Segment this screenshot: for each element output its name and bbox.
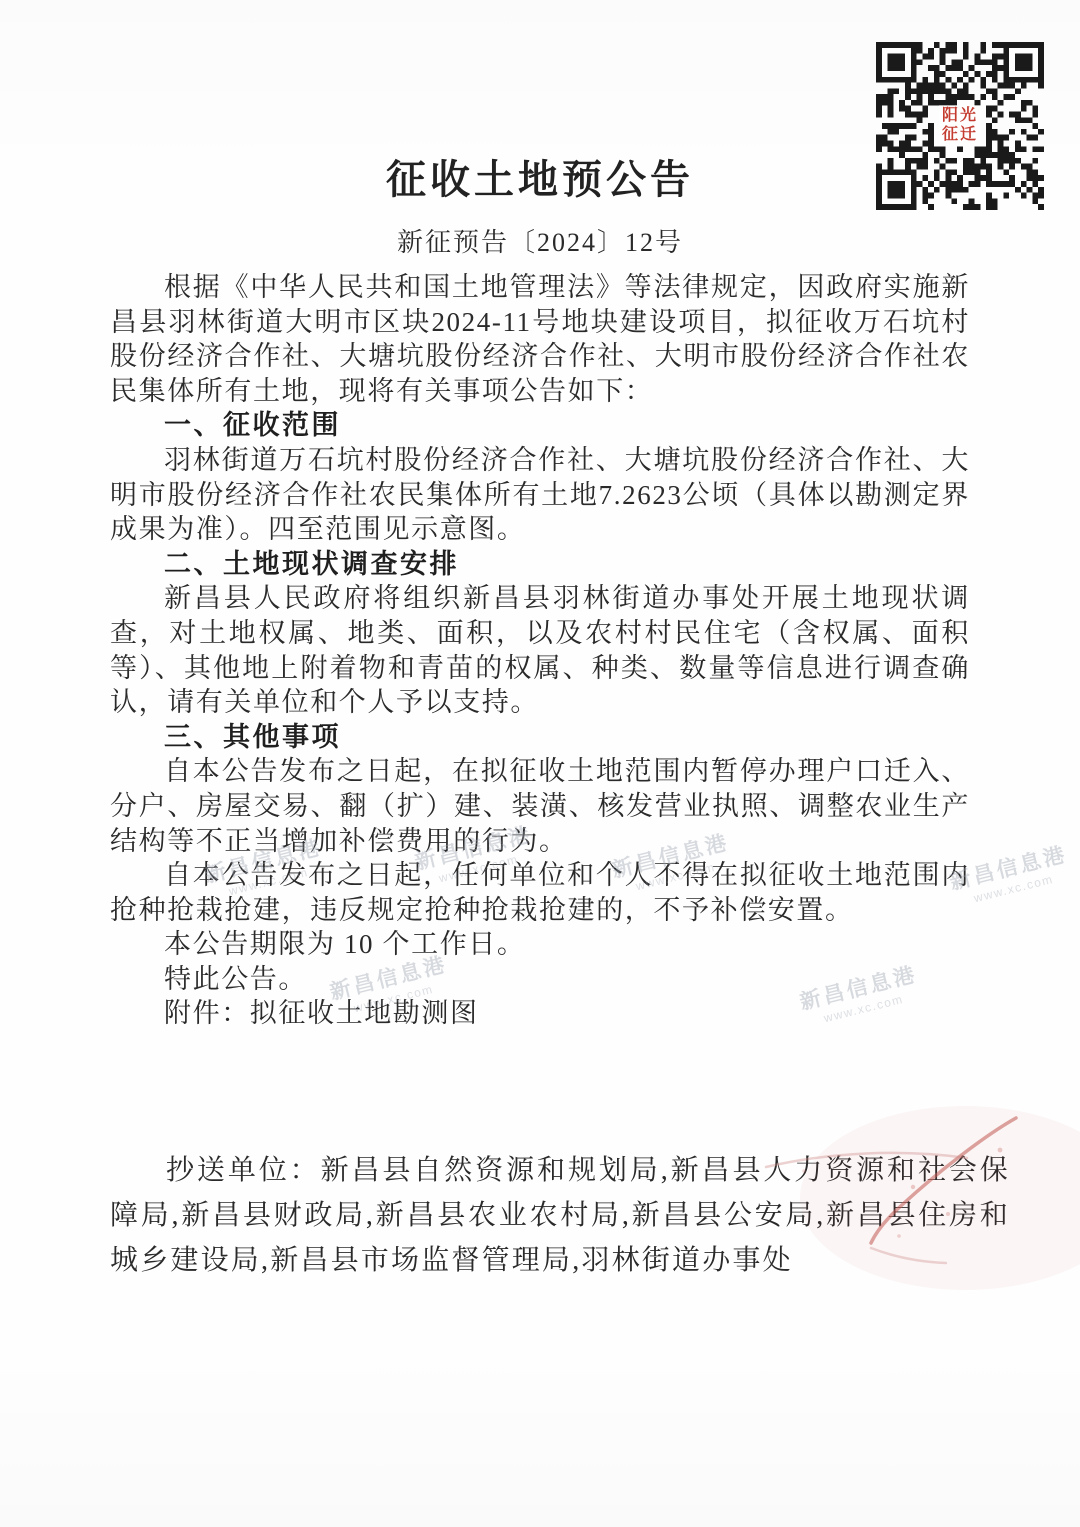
document-number: 新征预告〔2024〕12号 [0, 222, 1080, 259]
body-paragraph: 自本公告发布之日起，在拟征收土地范围内暂停办理户口迁入、分户、房屋交易、翻（扩）… [110, 754, 970, 858]
qr-center-label: 阳光 征迁 [939, 105, 981, 145]
watermark-site-url: www.xc.com [954, 867, 1074, 910]
body-paragraph: 羽林街道万石坑村股份经济合作社、大塘坑股份经济合作社、大明市股份经济合作社农民集… [110, 443, 970, 547]
cc-distribution-paragraph: 抄送单位：新昌县自然资源和规划局,新昌县人力资源和社会保障局,新昌县财政局,新昌… [110, 1148, 1010, 1283]
section-heading: 一、征收范围 [110, 408, 970, 443]
document-title: 征收土地预公告 [0, 148, 1080, 205]
body-paragraph: 附件：拟征收土地勘测图 [110, 996, 970, 1031]
body-paragraph: 自本公告发布之日起，任何单位和个人不得在拟征收土地范围内抢种抢栽抢建，违反规定抢… [110, 858, 970, 927]
section-heading: 二、土地现状调查安排 [110, 547, 970, 582]
section-heading: 三、其他事项 [110, 720, 970, 755]
document-body: 根据《中华人民共和国土地管理法》等法律规定，因政府实施新昌县羽林街道大明市区块2… [110, 270, 970, 1031]
body-paragraph: 根据《中华人民共和国土地管理法》等法律规定，因政府实施新昌县羽林街道大明市区块2… [110, 270, 970, 408]
body-paragraph: 本公告期限为 10 个工作日。 [110, 927, 970, 962]
document-page: 阳光 征迁 新昌信息港 www.xc.com 征收土地预公告 新征预告〔2024… [0, 0, 1080, 1527]
body-paragraph: 新昌县人民政府将组织新昌县羽林街道办事处开展土地现状调查，对土地权属、地类、面积… [110, 581, 970, 719]
body-paragraph: 特此公告。 [110, 962, 970, 997]
qr-label-line1: 阳光 [942, 106, 978, 125]
qr-label-line2: 征迁 [942, 125, 978, 144]
